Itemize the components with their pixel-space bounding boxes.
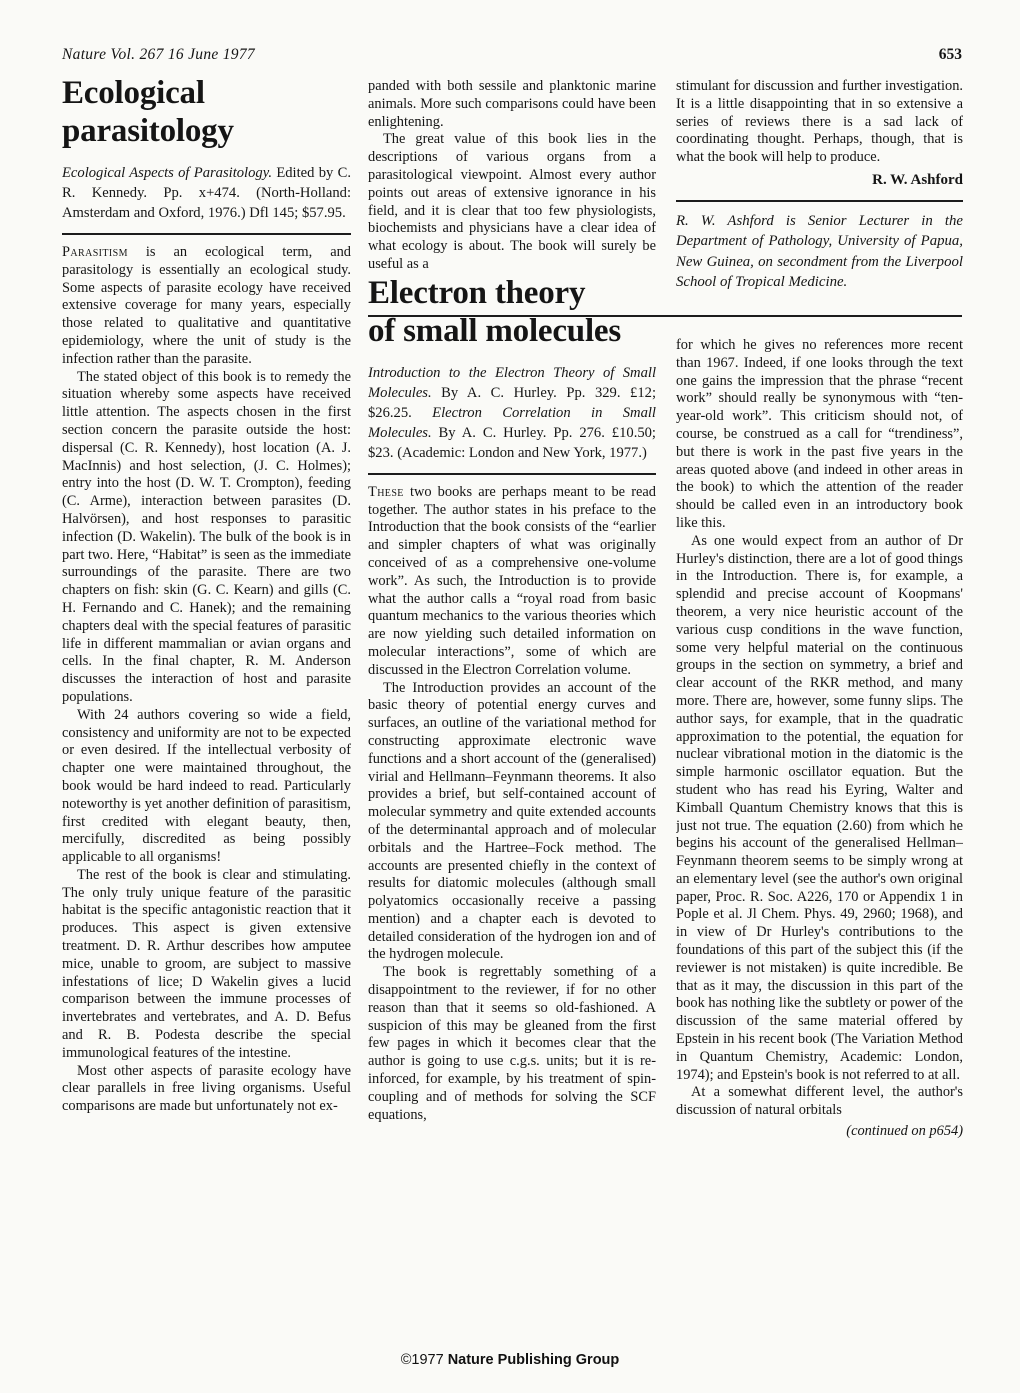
copyright-year: ©1977 (401, 1352, 448, 1368)
lead-word: These (368, 484, 404, 500)
lead-word: Parasitism (62, 244, 128, 260)
review1-title-line1: Ecological (62, 75, 205, 111)
review1-book-info: Ecological Aspects of Parasitology. Edit… (62, 163, 351, 223)
paragraph: panded with both sessile and planktonic … (368, 78, 656, 131)
copyright-footer: ©1977 Nature Publishing Group (0, 1352, 1020, 1368)
review2-book-info: Introduction to the Electron Theory of S… (368, 363, 656, 463)
column-middle: panded with both sessile and planktonic … (368, 78, 656, 1353)
journal-issue-line: Nature Vol. 267 16 June 1977 (62, 46, 255, 64)
review2-rule (368, 473, 656, 475)
paragraph: The stated object of this book is to rem… (62, 369, 351, 707)
paragraph: The great value of this book lies in the… (368, 131, 656, 273)
review2-title-line2: of small molecules (368, 313, 621, 349)
page-number: 653 (939, 46, 962, 64)
journal-page: Nature Vol. 267 16 June 1977 653 Ecologi… (0, 0, 1020, 1393)
review1-title-line2: parasitology (62, 113, 234, 149)
paragraph: for which he gives no references more re… (676, 337, 963, 533)
paragraph: With 24 authors covering so wide a field… (62, 707, 351, 867)
review1-rule (62, 233, 351, 235)
column-right: stimulant for discussion and further inv… (676, 78, 963, 1353)
continued-note: (continued on p654) (676, 1122, 963, 1140)
reviewer-bio: R. W. Ashford is Senior Lecturer in the … (676, 211, 963, 293)
paragraph: The rest of the book is clear and stimul… (62, 867, 351, 1063)
paragraph: The book is regrettably something of a d… (368, 964, 656, 1124)
paragraph-text: is an ecological term, and parasitology … (62, 244, 351, 367)
publisher-name: Nature Publishing Group (448, 1352, 620, 1368)
bio-top-rule (676, 200, 963, 202)
paragraph: These two books are perhaps meant to be … (368, 484, 656, 680)
paragraph: As one would expect from an author of Dr… (676, 533, 963, 1085)
review1-title: Ecological parasitology (62, 74, 351, 150)
paragraph: Parasitism is an ecological term, and pa… (62, 244, 351, 369)
paragraph: stimulant for discussion and further inv… (676, 78, 963, 167)
review2-title: Electron theory of small molecules (368, 274, 656, 350)
reviewer-signature: R. W. Ashford (676, 170, 963, 190)
paragraph: At a somewhat different level, the autho… (676, 1084, 963, 1120)
book-title: Ecological Aspects of Parasitology. (62, 165, 272, 181)
running-header: Nature Vol. 267 16 June 1977 653 (62, 46, 962, 64)
review2-title-line1: Electron theory (368, 275, 585, 311)
paragraph: Most other aspects of parasite ecology h… (62, 1063, 351, 1116)
paragraph-text: two books are perhaps meant to be read t… (368, 484, 656, 678)
column-left: Ecological parasitology Ecological Aspec… (62, 74, 351, 1344)
paragraph: The Introduction provides an account of … (368, 680, 656, 965)
